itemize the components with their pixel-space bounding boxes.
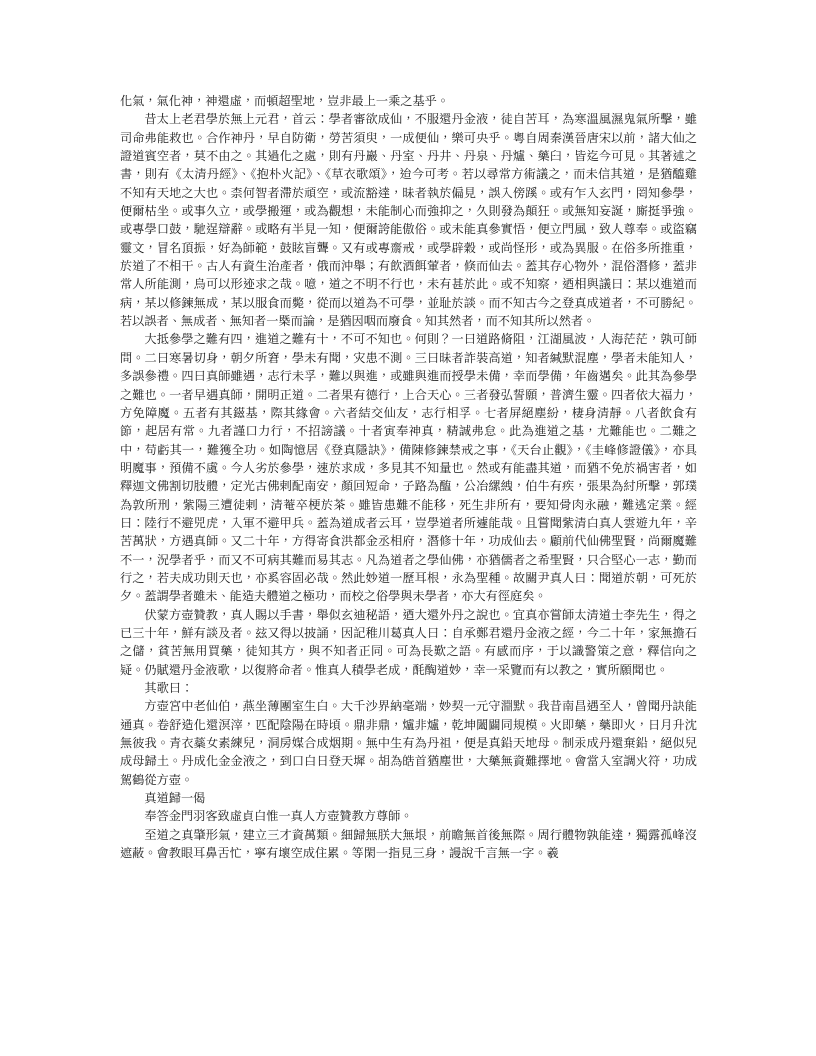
paragraph-dedication: 奉答金門羽客致虛貞白惟一真人方壺贊教方尊師。 — [120, 807, 697, 825]
paragraph: 伏蒙方壺贊教，真人賜以手書，舉似玄迪秘語，迺大還外丹之說也。宜真亦嘗師太清道士李… — [120, 606, 697, 679]
document-page: 化氣，氣化神，神還虛，而頓超聖地，豈非最上一乘之基乎。 昔太上老君學於無上元君，… — [0, 0, 816, 1056]
paragraph: 大抵參學之難有四，進道之難有十，不可不知也。何則？一曰道路脩阻，江湖風波，人海茫… — [120, 330, 697, 605]
paragraph-verse: 至道之真肇形氣，建立三才資萬類。細歸無朕大無垠，前瞻無首後無際。周行體物孰能達，… — [120, 826, 697, 863]
text-block: 化氣，氣化神，神還虛，而頓超聖地，豈非最上一乘之基乎。 昔太上老君學於無上元君，… — [120, 92, 697, 862]
paragraph-continuation: 化氣，氣化神，神還虛，而頓超聖地，豈非最上一乘之基乎。 — [120, 92, 697, 110]
paragraph: 昔太上老君學於無上元君，首云：學者審欲成仙，不服還丹金液，徒自苦耳，為寒溫風濕鬼… — [120, 110, 697, 330]
paragraph-gatha-title: 真道歸一偈 — [120, 789, 697, 807]
paragraph-song: 方壺宮中老仙伯，燕坐薄團室生白。大千沙界納毫端，妙契一元守淵默。我昔南昌遇至人，… — [120, 697, 697, 789]
paragraph-song-intro: 其歌曰： — [120, 679, 697, 697]
